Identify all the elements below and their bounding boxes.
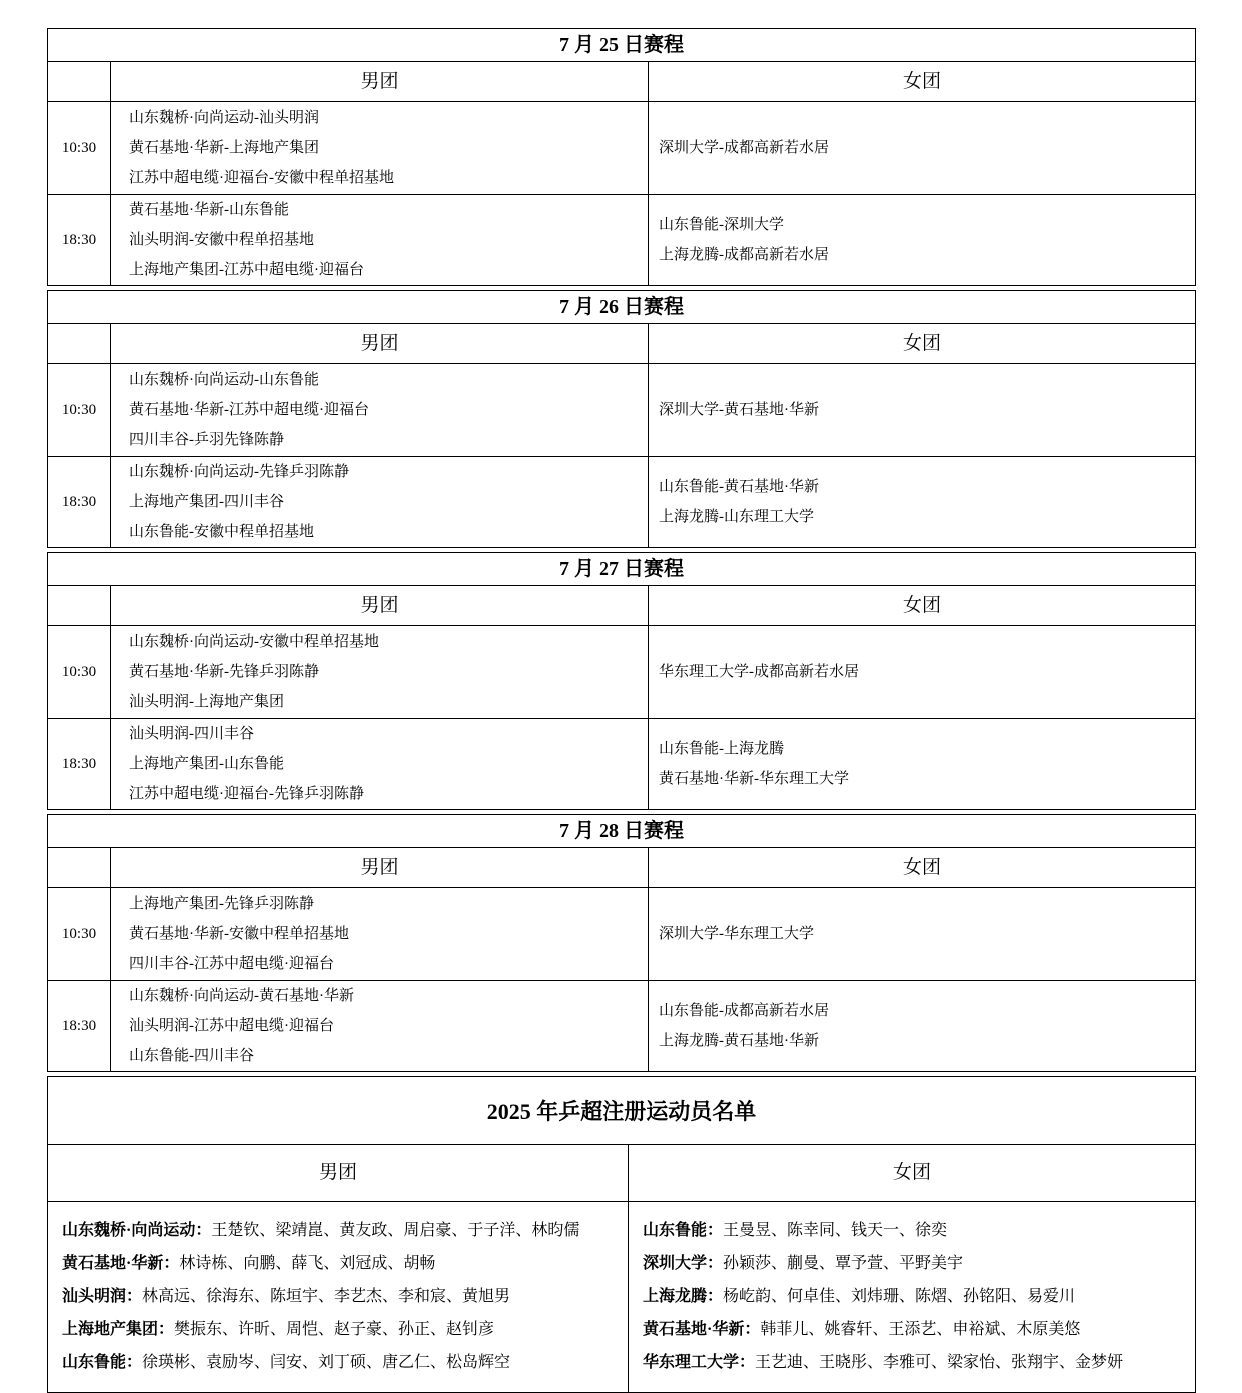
men-match-entry: 汕头明润-四川丰谷 bbox=[129, 719, 648, 749]
women-match-entry: 深圳大学-华东理工大学 bbox=[659, 919, 1195, 949]
men-match-entry: 黄石基地·华新-安徽中程单招基地 bbox=[129, 919, 648, 949]
roster-women-column-header: 女团 bbox=[628, 1145, 1195, 1201]
roster-team-name: 深圳大学： bbox=[643, 1255, 723, 1272]
roster-entry: 上海龙腾：杨屹韵、何卓佳、刘炜珊、陈熠、孙铭阳、易爱川 bbox=[643, 1280, 1187, 1313]
roster-players: 杨屹韵、何卓佳、刘炜珊、陈熠、孙铭阳、易爱川 bbox=[723, 1288, 1075, 1305]
roster-team-name: 山东鲁能： bbox=[643, 1222, 723, 1239]
men-match-entry: 上海地产集团-四川丰谷 bbox=[129, 487, 648, 517]
men-match-entry: 山东魏桥·向尚运动-黄石基地·华新 bbox=[129, 981, 648, 1011]
schedule-column-header-row: 男团 女团 bbox=[48, 324, 1195, 363]
schedule-date-title: 7 月 27 日赛程 bbox=[48, 553, 1195, 586]
roster-entry: 山东鲁能：王曼昱、陈幸同、钱天一、徐奕 bbox=[643, 1214, 1187, 1247]
schedule-row: 18:30 汕头明润-四川丰谷上海地产集团-山东鲁能江苏中超电缆·迎福台-先锋乒… bbox=[48, 718, 1195, 809]
roster-entry: 黄石基地·华新：林诗栋、向鹏、薛飞、刘冠成、胡畅 bbox=[62, 1247, 620, 1280]
women-match-entry: 上海龙腾-黄石基地·华新 bbox=[659, 1026, 1195, 1056]
men-match-entry: 四川丰谷-江苏中超电缆·迎福台 bbox=[129, 949, 648, 979]
men-matches-cell: 山东魏桥·向尚运动-汕头明润黄石基地·华新-上海地产集团江苏中超电缆·迎福台-安… bbox=[110, 102, 648, 194]
men-match-entry: 山东魏桥·向尚运动-汕头明润 bbox=[129, 103, 648, 133]
women-matches-cell: 深圳大学-黄石基地·华新 bbox=[648, 364, 1195, 456]
women-matches-cell: 华东理工大学-成都高新若水居 bbox=[648, 626, 1195, 718]
schedule-row: 10:30 山东魏桥·向尚运动-山东鲁能黄石基地·华新-江苏中超电缆·迎福台四川… bbox=[48, 363, 1195, 456]
roster-body: 山东魏桥·向尚运动：王楚钦、梁靖崑、黄友政、周启豪、于子洋、林昀儒黄石基地·华新… bbox=[48, 1202, 1195, 1342]
match-time: 10:30 bbox=[48, 888, 110, 980]
women-match-entry: 深圳大学-成都高新若水居 bbox=[659, 133, 1195, 163]
schedule-section: 7 月 26 日赛程 男团 女团 10:30 山东魏桥·向尚运动-山东鲁能黄石基… bbox=[47, 290, 1196, 548]
time-column-header bbox=[48, 848, 110, 887]
men-match-entry: 黄石基地·华新-先锋乒羽陈静 bbox=[129, 657, 648, 687]
women-match-entry: 山东鲁能-上海龙腾 bbox=[659, 734, 1195, 764]
time-column-header bbox=[48, 324, 110, 363]
roster-column-header-row: 男团 女团 bbox=[48, 1145, 1195, 1202]
women-column-header: 女团 bbox=[648, 848, 1195, 887]
schedule-column-header-row: 男团 女团 bbox=[48, 586, 1195, 625]
women-matches-cell: 深圳大学-成都高新若水居 bbox=[648, 102, 1195, 194]
women-matches-cell: 山东鲁能-成都高新若水居上海龙腾-黄石基地·华新 bbox=[648, 981, 1195, 1071]
time-column-header bbox=[48, 586, 110, 625]
women-matches-cell: 山东鲁能-黄石基地·华新上海龙腾-山东理工大学 bbox=[648, 457, 1195, 547]
schedule-row: 10:30 山东魏桥·向尚运动-安徽中程单招基地黄石基地·华新-先锋乒羽陈静汕头… bbox=[48, 625, 1195, 718]
men-match-entry: 上海地产集团-先锋乒羽陈静 bbox=[129, 889, 648, 919]
women-match-entry: 黄石基地·华新-华东理工大学 bbox=[659, 764, 1195, 794]
roster-team-name: 黄石基地·华新： bbox=[62, 1255, 179, 1272]
roster-team-name: 上海地产集团： bbox=[62, 1321, 174, 1338]
time-column-header bbox=[48, 62, 110, 101]
men-matches-cell: 山东魏桥·向尚运动-山东鲁能黄石基地·华新-江苏中超电缆·迎福台四川丰谷-乒羽先… bbox=[110, 364, 648, 456]
women-matches-cell: 山东鲁能-深圳大学上海龙腾-成都高新若水居 bbox=[648, 195, 1195, 285]
men-match-entry: 黄石基地·华新-山东鲁能 bbox=[129, 195, 648, 225]
match-time: 18:30 bbox=[48, 457, 110, 547]
women-matches-cell: 深圳大学-华东理工大学 bbox=[648, 888, 1195, 980]
men-match-entry: 江苏中超电缆·迎福台-先锋乒羽陈静 bbox=[129, 779, 648, 809]
schedule-column-header-row: 男团 女团 bbox=[48, 62, 1195, 101]
schedule-row: 18:30 山东魏桥·向尚运动-先锋乒羽陈静上海地产集团-四川丰谷山东鲁能-安徽… bbox=[48, 456, 1195, 547]
women-column-header: 女团 bbox=[648, 62, 1195, 101]
roster-team-name: 山东魏桥·向尚运动： bbox=[62, 1222, 211, 1239]
schedule-row: 10:30 上海地产集团-先锋乒羽陈静黄石基地·华新-安徽中程单招基地四川丰谷-… bbox=[48, 887, 1195, 980]
roster-team-name: 上海龙腾： bbox=[643, 1288, 723, 1305]
roster-players: 樊振东、许昕、周恺、赵子豪、孙正、赵钊彦 bbox=[174, 1321, 494, 1338]
women-column-header: 女团 bbox=[648, 586, 1195, 625]
women-match-entry: 华东理工大学-成都高新若水居 bbox=[659, 657, 1195, 687]
women-match-entry: 山东鲁能-深圳大学 bbox=[659, 210, 1195, 240]
roster-entry: 上海地产集团：樊振东、许昕、周恺、赵子豪、孙正、赵钊彦 bbox=[62, 1313, 620, 1342]
roster-team-name: 黄石基地·华新： bbox=[643, 1321, 760, 1338]
men-matches-cell: 山东魏桥·向尚运动-安徽中程单招基地黄石基地·华新-先锋乒羽陈静汕头明润-上海地… bbox=[110, 626, 648, 718]
women-match-entry: 深圳大学-黄石基地·华新 bbox=[659, 395, 1195, 425]
men-column-header: 男团 bbox=[110, 62, 648, 101]
men-match-entry: 汕头明润-江苏中超电缆·迎福台 bbox=[129, 1011, 648, 1041]
women-match-entry: 上海龙腾-山东理工大学 bbox=[659, 502, 1195, 532]
schedule-date-title: 7 月 28 日赛程 bbox=[48, 815, 1195, 848]
men-match-entry: 山东魏桥·向尚运动-山东鲁能 bbox=[129, 365, 648, 395]
roster-entry: 汕头明润：林高远、徐海东、陈垣宇、李艺杰、李和宸、黄旭男 bbox=[62, 1280, 620, 1313]
women-match-entry: 上海龙腾-成都高新若水居 bbox=[659, 240, 1195, 270]
match-time: 10:30 bbox=[48, 102, 110, 194]
schedule-section: 7 月 25 日赛程 男团 女团 10:30 山东魏桥·向尚运动-汕头明润黄石基… bbox=[47, 28, 1196, 286]
men-match-entry: 山东鲁能-安徽中程单招基地 bbox=[129, 517, 648, 547]
roster-title: 2025 年乒超注册运动员名单 bbox=[48, 1077, 1195, 1145]
schedule-row: 10:30 山东魏桥·向尚运动-汕头明润黄石基地·华新-上海地产集团江苏中超电缆… bbox=[48, 101, 1195, 194]
men-matches-cell: 上海地产集团-先锋乒羽陈静黄石基地·华新-安徽中程单招基地四川丰谷-江苏中超电缆… bbox=[110, 888, 648, 980]
men-matches-cell: 山东魏桥·向尚运动-黄石基地·华新汕头明润-江苏中超电缆·迎福台山东鲁能-四川丰… bbox=[110, 981, 648, 1071]
men-match-entry: 上海地产集团-山东鲁能 bbox=[129, 749, 648, 779]
schedule-date-title: 7 月 26 日赛程 bbox=[48, 291, 1195, 324]
match-time: 18:30 bbox=[48, 719, 110, 809]
roster-women-list: 山东鲁能：王曼昱、陈幸同、钱天一、徐奕深圳大学：孙颖莎、蒯曼、覃予萱、平野美宇上… bbox=[628, 1202, 1195, 1342]
men-match-entry: 黄石基地·华新-江苏中超电缆·迎福台 bbox=[129, 395, 648, 425]
men-matches-cell: 黄石基地·华新-山东鲁能汕头明润-安徽中程单招基地上海地产集团-江苏中超电缆·迎… bbox=[110, 195, 648, 285]
roster-players: 林诗栋、向鹏、薛飞、刘冠成、胡畅 bbox=[179, 1255, 435, 1272]
roster-entry: 深圳大学：孙颖莎、蒯曼、覃予萱、平野美宇 bbox=[643, 1247, 1187, 1280]
roster-entry: 黄石基地·华新：韩菲儿、姚睿轩、王添艺、申裕斌、木原美悠 bbox=[643, 1313, 1187, 1342]
men-column-header: 男团 bbox=[110, 586, 648, 625]
women-column-header: 女团 bbox=[648, 324, 1195, 363]
match-time: 18:30 bbox=[48, 981, 110, 1071]
men-match-entry: 汕头明润-上海地产集团 bbox=[129, 687, 648, 717]
roster-players: 王楚钦、梁靖崑、黄友政、周启豪、于子洋、林昀儒 bbox=[211, 1222, 579, 1239]
men-match-entry: 山东魏桥·向尚运动-先锋乒羽陈静 bbox=[129, 457, 648, 487]
schedule-tables: 7 月 25 日赛程 男团 女团 10:30 山东魏桥·向尚运动-汕头明润黄石基… bbox=[47, 28, 1196, 1072]
roster-team-name: 汕头明润： bbox=[62, 1288, 142, 1305]
men-match-entry: 四川丰谷-乒羽先锋陈静 bbox=[129, 425, 648, 455]
schedule-section: 7 月 27 日赛程 男团 女团 10:30 山东魏桥·向尚运动-安徽中程单招基… bbox=[47, 552, 1196, 810]
roster-men-column-header: 男团 bbox=[48, 1145, 628, 1201]
men-match-entry: 黄石基地·华新-上海地产集团 bbox=[129, 133, 648, 163]
men-column-header: 男团 bbox=[110, 324, 648, 363]
match-time: 10:30 bbox=[48, 626, 110, 718]
roster-players: 孙颖莎、蒯曼、覃予萱、平野美宇 bbox=[723, 1255, 963, 1272]
schedule-document: 7 月 25 日赛程 男团 女团 10:30 山东魏桥·向尚运动-汕头明润黄石基… bbox=[47, 28, 1196, 1342]
roster-table: 2025 年乒超注册运动员名单 男团 女团 山东魏桥·向尚运动：王楚钦、梁靖崑、… bbox=[47, 1076, 1196, 1342]
match-time: 18:30 bbox=[48, 195, 110, 285]
schedule-date-title: 7 月 25 日赛程 bbox=[48, 29, 1195, 62]
women-match-entry: 山东鲁能-黄石基地·华新 bbox=[659, 472, 1195, 502]
schedule-row: 18:30 黄石基地·华新-山东鲁能汕头明润-安徽中程单招基地上海地产集团-江苏… bbox=[48, 194, 1195, 285]
men-column-header: 男团 bbox=[110, 848, 648, 887]
schedule-section: 7 月 28 日赛程 男团 女团 10:30 上海地产集团-先锋乒羽陈静黄石基地… bbox=[47, 814, 1196, 1072]
men-match-entry: 江苏中超电缆·迎福台-安徽中程单招基地 bbox=[129, 163, 648, 193]
women-match-entry: 山东鲁能-成都高新若水居 bbox=[659, 996, 1195, 1026]
men-matches-cell: 山东魏桥·向尚运动-先锋乒羽陈静上海地产集团-四川丰谷山东鲁能-安徽中程单招基地 bbox=[110, 457, 648, 547]
match-time: 10:30 bbox=[48, 364, 110, 456]
men-match-entry: 山东魏桥·向尚运动-安徽中程单招基地 bbox=[129, 627, 648, 657]
men-match-entry: 汕头明润-安徽中程单招基地 bbox=[129, 225, 648, 255]
women-matches-cell: 山东鲁能-上海龙腾黄石基地·华新-华东理工大学 bbox=[648, 719, 1195, 809]
men-matches-cell: 汕头明润-四川丰谷上海地产集团-山东鲁能江苏中超电缆·迎福台-先锋乒羽陈静 bbox=[110, 719, 648, 809]
men-match-entry: 上海地产集团-江苏中超电缆·迎福台 bbox=[129, 255, 648, 285]
roster-entry: 山东魏桥·向尚运动：王楚钦、梁靖崑、黄友政、周启豪、于子洋、林昀儒 bbox=[62, 1214, 620, 1247]
roster-players: 林高远、徐海东、陈垣宇、李艺杰、李和宸、黄旭男 bbox=[142, 1288, 510, 1305]
roster-players: 韩菲儿、姚睿轩、王添艺、申裕斌、木原美悠 bbox=[760, 1321, 1080, 1338]
men-match-entry: 山东鲁能-四川丰谷 bbox=[129, 1041, 648, 1071]
schedule-column-header-row: 男团 女团 bbox=[48, 848, 1195, 887]
roster-players: 王曼昱、陈幸同、钱天一、徐奕 bbox=[723, 1222, 947, 1239]
roster-men-list: 山东魏桥·向尚运动：王楚钦、梁靖崑、黄友政、周启豪、于子洋、林昀儒黄石基地·华新… bbox=[48, 1202, 628, 1342]
schedule-row: 18:30 山东魏桥·向尚运动-黄石基地·华新汕头明润-江苏中超电缆·迎福台山东… bbox=[48, 980, 1195, 1071]
